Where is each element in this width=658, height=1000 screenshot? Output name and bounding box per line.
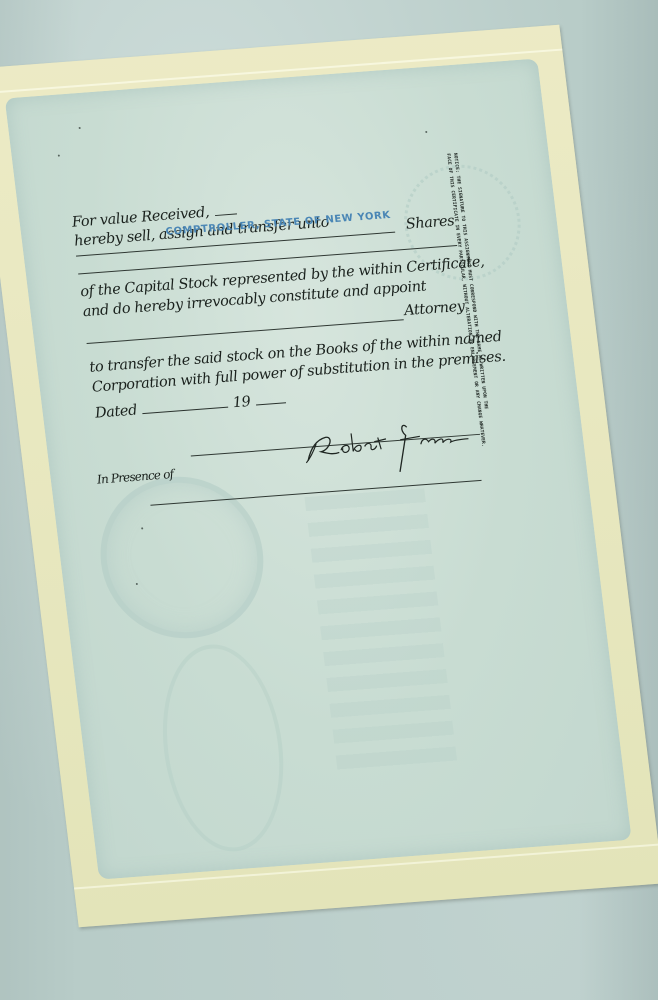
paper-speck: [136, 583, 138, 585]
paper-speck: [79, 127, 81, 129]
attorney-label: Attorney: [403, 299, 465, 319]
date-blank[interactable]: [142, 406, 228, 414]
dated-label: Dated: [94, 403, 138, 422]
certificate-paper: For value Received, hereby sell, assign …: [0, 25, 658, 928]
year-blank[interactable]: [256, 401, 286, 405]
assignor-blank[interactable]: [214, 212, 236, 216]
paper-speck: [141, 527, 143, 529]
year-prefix: 19: [232, 394, 252, 411]
watermark-vignette-icon: [152, 640, 295, 856]
watermark-text-bleed: [304, 488, 457, 775]
paper-speck: [58, 155, 60, 157]
shares-label: Shares: [405, 213, 455, 233]
paper-speck: [425, 131, 427, 133]
